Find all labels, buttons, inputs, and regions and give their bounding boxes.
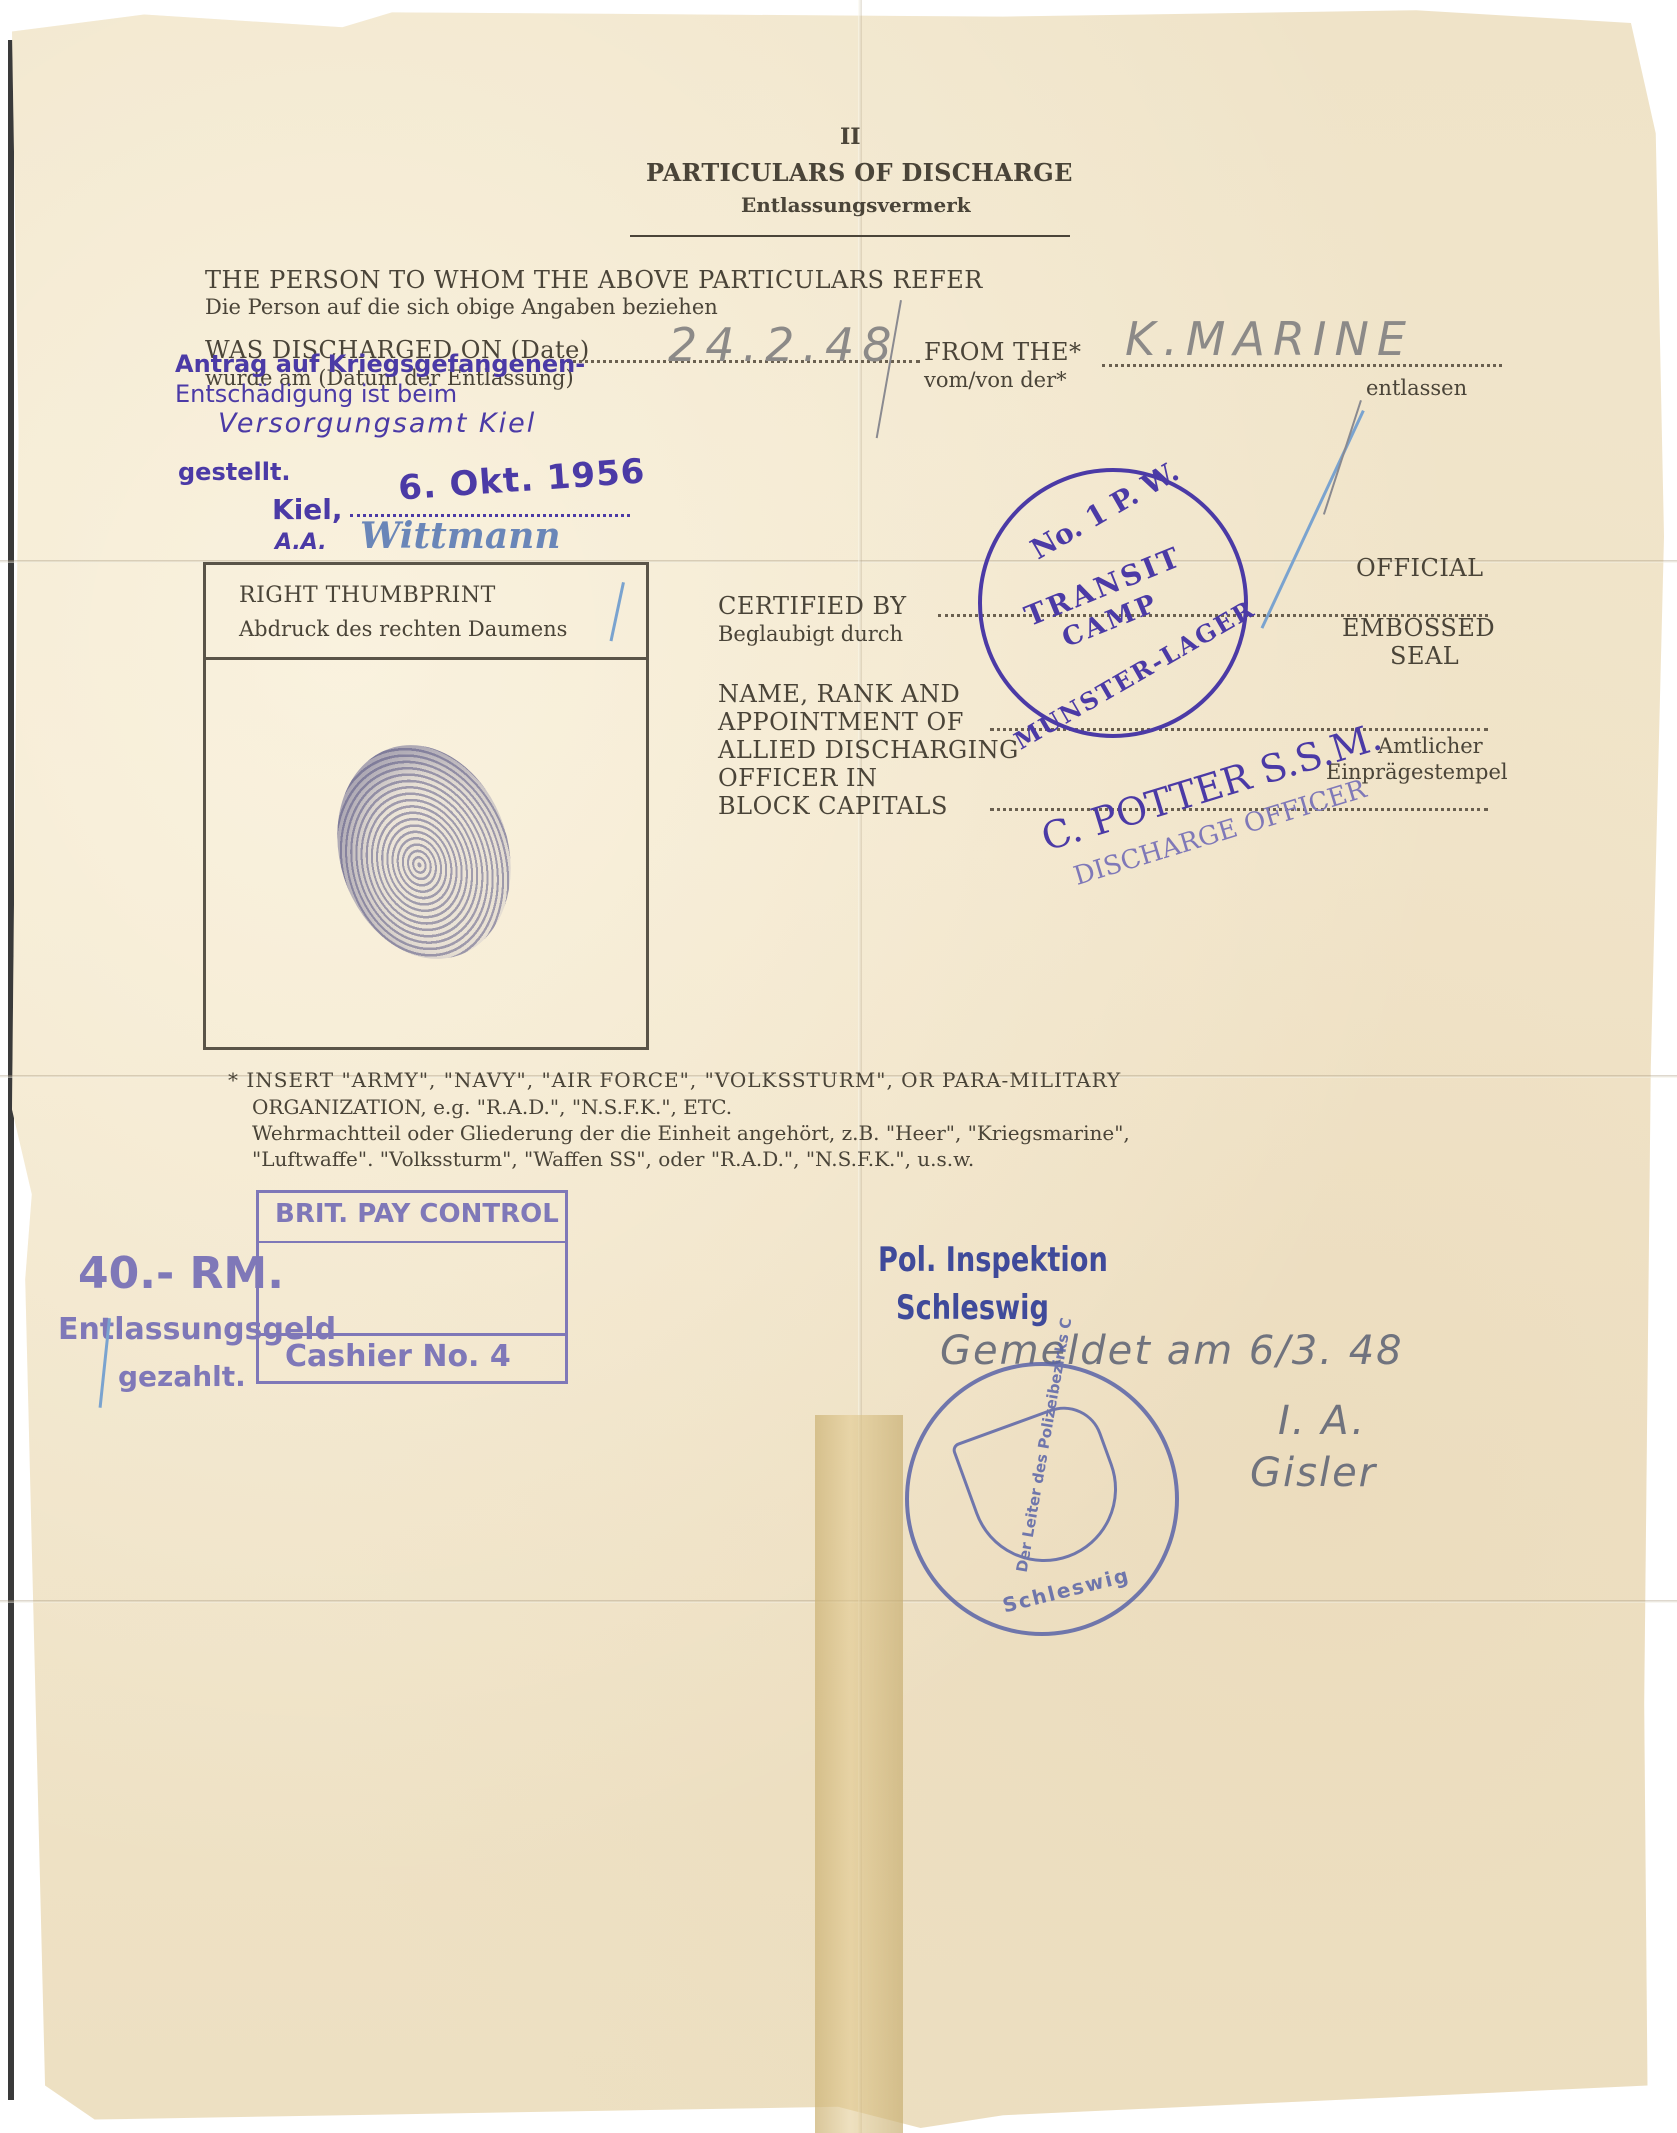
official-seal-label: EMBOSSED — [1342, 614, 1495, 642]
section-number: II — [840, 124, 861, 150]
section-subtitle: Entlassungsvermerk — [741, 193, 971, 217]
section-title: PARTICULARS OF DISCHARGE — [646, 158, 1073, 187]
thumbprint-divider — [206, 657, 646, 660]
officer-label-line: ALLIED DISCHARGING — [718, 736, 1019, 764]
police-stamp-line: Schleswig — [896, 1288, 1049, 1328]
coat-of-arms-icon — [950, 1395, 1137, 1582]
officer-label-line: OFFICER IN — [718, 764, 878, 792]
pay-control-stamp: BRIT. PAY CONTROL Cashier No. 4 — [256, 1190, 568, 1384]
kiel-stamp-line: Entschädigung ist beim — [175, 380, 457, 408]
officer-label-line: APPOINTMENT OF — [718, 708, 964, 736]
officer-label-line: BLOCK CAPITALS — [718, 792, 948, 820]
person-line-en: THE PERSON TO WHOM THE ABOVE PARTICULARS… — [205, 266, 983, 294]
kiel-stamp-line: Versorgungsamt Kiel — [218, 408, 536, 439]
footnote-line: * INSERT "ARMY", "NAVY", "AIR FORCE", "V… — [228, 1068, 1121, 1092]
thumbprint-label: RIGHT THUMBPRINT — [239, 583, 496, 608]
from-the-field: K.MARINE — [1125, 312, 1414, 366]
from-the-label-de: vom/von der* — [924, 368, 1067, 392]
discharge-money-label: gezahlt. — [118, 1360, 246, 1393]
certified-by-label-de: Beglaubigt durch — [718, 622, 903, 646]
official-seal-label: OFFICIAL — [1356, 554, 1484, 582]
from-the-label: FROM THE* — [924, 338, 1082, 366]
thumbprint-image — [310, 722, 537, 981]
thumbprint-box: RIGHT THUMBPRINT Abdruck des rechten Dau… — [203, 562, 649, 1050]
repair-tape — [815, 1415, 903, 2133]
pay-control-header: BRIT. PAY CONTROL — [275, 1199, 559, 1229]
title-rule — [630, 235, 1070, 237]
discharge-money-amount: 40.- RM. — [78, 1248, 284, 1299]
police-stamp-line: Pol. Inspektion — [878, 1240, 1108, 1280]
kiel-stamp-place: Kiel, — [272, 493, 343, 526]
amtlicher-label: Amtlicher — [1378, 734, 1483, 758]
certified-by-label: CERTIFIED BY — [718, 592, 907, 620]
police-handwritten-sign: I. A. — [1278, 1398, 1366, 1444]
footnote-line: ORGANIZATION, e.g. "R.A.D.", "N.S.F.K.",… — [252, 1095, 732, 1119]
police-handwritten-sign: Gisler — [1250, 1450, 1377, 1496]
kiel-stamp-initials: A.A. — [275, 530, 327, 555]
kiel-signature: Wittmann — [360, 515, 561, 557]
person-line-de: Die Person auf die sich obige Angaben be… — [205, 295, 718, 319]
kiel-stamp-line: gestellt. — [178, 458, 291, 486]
transit-camp-stamp: No. 1 P. W. TRANSIT CAMP MUNSTER-LAGER — [978, 468, 1248, 738]
kiel-stamp-line: Antrag auf Kriegsgefangenen- — [175, 350, 585, 378]
pay-control-divider — [259, 1241, 565, 1243]
footnote-line: "Luftwaffe". "Volkssturm", "Waffen SS", … — [252, 1147, 974, 1171]
officer-label-line: NAME, RANK AND — [718, 680, 960, 708]
footnote-line: Wehrmachtteil oder Gliederung der die Ei… — [252, 1121, 1130, 1145]
discharge-money-label: Entlassungsgeld — [58, 1312, 336, 1347]
police-round-seal: Der Leiter des Polizeibezirks C Schleswi… — [905, 1362, 1179, 1636]
thumbprint-label-de: Abdruck des rechten Daumens — [239, 617, 567, 641]
entlassen-label: entlassen — [1366, 376, 1467, 400]
discharge-date-field: 24.2.48 — [668, 318, 900, 372]
official-seal-label: SEAL — [1390, 642, 1459, 670]
